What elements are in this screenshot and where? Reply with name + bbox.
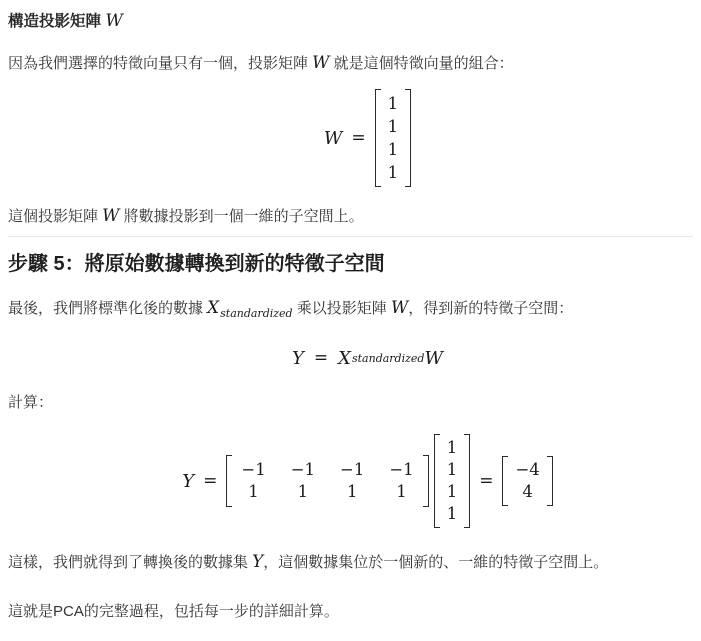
paragraph-text: ，得到新的特徵子空間：	[408, 300, 573, 317]
matrix-cell: 4	[522, 481, 533, 503]
inline-math-x: X	[207, 297, 219, 317]
paragraph-reason: 因為我們選擇的特徵向量只有一個，投影矩陣 W 就是這個特徵向量的組合：	[8, 51, 693, 75]
matrix-w: 1 1 1 1	[375, 89, 412, 187]
right-bracket	[547, 456, 553, 506]
matrix-cell: −1	[389, 459, 413, 481]
heading-step-5: 步驟 5：將原始數據轉換到新的特徵子空間	[8, 250, 693, 278]
math-subscript: standardized	[352, 352, 424, 365]
matrix-column: −4 4	[508, 456, 546, 506]
heading-construct-projection-matrix: 構造投影矩陣 W	[8, 10, 693, 33]
math-subscript: standardized	[220, 307, 292, 320]
right-bracket	[423, 455, 429, 507]
matrix-cell: 1	[388, 92, 399, 115]
matrix-cell: 1	[388, 115, 399, 138]
matrix-cell: 1	[447, 459, 458, 481]
math-var-y: Y	[182, 471, 194, 492]
matrix-cell: 1	[396, 481, 407, 503]
matrix-result: −4 4	[502, 456, 552, 506]
paragraph-text: 這個投影矩陣	[8, 208, 102, 225]
math-var-y: Y	[292, 348, 304, 369]
section-divider	[8, 236, 693, 237]
matrix-cell: 1	[347, 481, 358, 503]
matrix-cell: −4	[515, 459, 539, 481]
equals-sign: =	[479, 471, 493, 491]
matrix-cell: 1	[388, 161, 399, 184]
matrix-cell: 1	[248, 481, 259, 503]
paragraph-text: 最後，我們將標準化後的數據	[8, 300, 207, 317]
equals-sign: =	[314, 348, 328, 368]
matrix-cell: −1	[340, 459, 364, 481]
inline-math-w: W	[312, 52, 329, 72]
math-var-w: W	[424, 348, 443, 369]
matrix-cell: 1	[447, 503, 458, 525]
paragraph-text: 就是這個特徵向量的組合：	[329, 55, 513, 72]
matrix-cell: 1	[298, 481, 309, 503]
right-bracket	[464, 434, 470, 528]
matrix-grid: −1 −1 −1 −1 1 1 1 1	[232, 455, 422, 507]
math-var-w: W	[324, 128, 343, 149]
paragraph-text: 因為我們選擇的特徵向量只有一個，投影矩陣	[8, 55, 312, 72]
paragraph-final-step: 最後，我們將標準化後的數據 Xstandardized 乘以投影矩陣 W，得到新…	[8, 296, 693, 325]
inline-math-y: Y	[252, 551, 263, 571]
matrix-column: 1 1 1 1	[381, 89, 406, 187]
formula-matrix-multiplication: Y = −1 −1 −1 −1 1 1 1 1 1 1 1 1	[8, 434, 693, 528]
math-var-x: X	[338, 348, 351, 369]
matrix-cell: 1	[388, 138, 399, 161]
matrix-cell: 1	[447, 481, 458, 503]
paragraph-text: 將數據投影到一個一維的子空間上。	[119, 208, 363, 225]
paragraph-conclusion: 這就是PCA的完整過程，包括每一步的詳細計算。	[8, 600, 693, 623]
inline-math-w: W	[102, 205, 119, 225]
paragraph-text: 這就是PCA的完整過程，包括每一步的詳細計算。	[8, 603, 339, 620]
paragraph-compute-label: 計算：	[8, 391, 693, 414]
inline-math-w: W	[105, 11, 122, 31]
inline-math-w: W	[391, 297, 408, 317]
right-bracket	[405, 89, 411, 187]
paragraph-text: ，這個數據集位於一個新的、一維的特徵子空間上。	[263, 554, 608, 571]
paragraph-text: 乘以投影矩陣	[293, 300, 391, 317]
matrix-cell: −1	[291, 459, 315, 481]
paragraph-text: 計算：	[8, 394, 53, 411]
matrix-x-standardized: −1 −1 −1 −1 1 1 1 1	[226, 455, 428, 507]
paragraph-text: 這樣，我們就得到了轉換後的數據集	[8, 554, 252, 571]
formula-w-vector: W = 1 1 1 1	[8, 89, 693, 187]
matrix-column: 1 1 1 1	[440, 434, 465, 528]
equals-sign: =	[203, 471, 217, 491]
matrix-w-vector: 1 1 1 1	[434, 434, 471, 528]
matrix-cell: −1	[241, 459, 265, 481]
matrix-cell: 1	[447, 437, 458, 459]
equals-sign: =	[351, 128, 365, 148]
paragraph-transformed-dataset: 這樣，我們就得到了轉換後的數據集 Y，這個數據集位於一個新的、一維的特徵子空間上…	[8, 550, 693, 574]
document-page: 構造投影矩陣 W 因為我們選擇的特徵向量只有一個，投影矩陣 W 就是這個特徵向量…	[0, 0, 701, 623]
heading-text: 構造投影矩陣	[8, 13, 105, 30]
formula-y-equals-xw: Y = XstandardizedW	[8, 343, 693, 373]
paragraph-projection-result: 這個投影矩陣 W 將數據投影到一個一維的子空間上。	[8, 204, 693, 228]
